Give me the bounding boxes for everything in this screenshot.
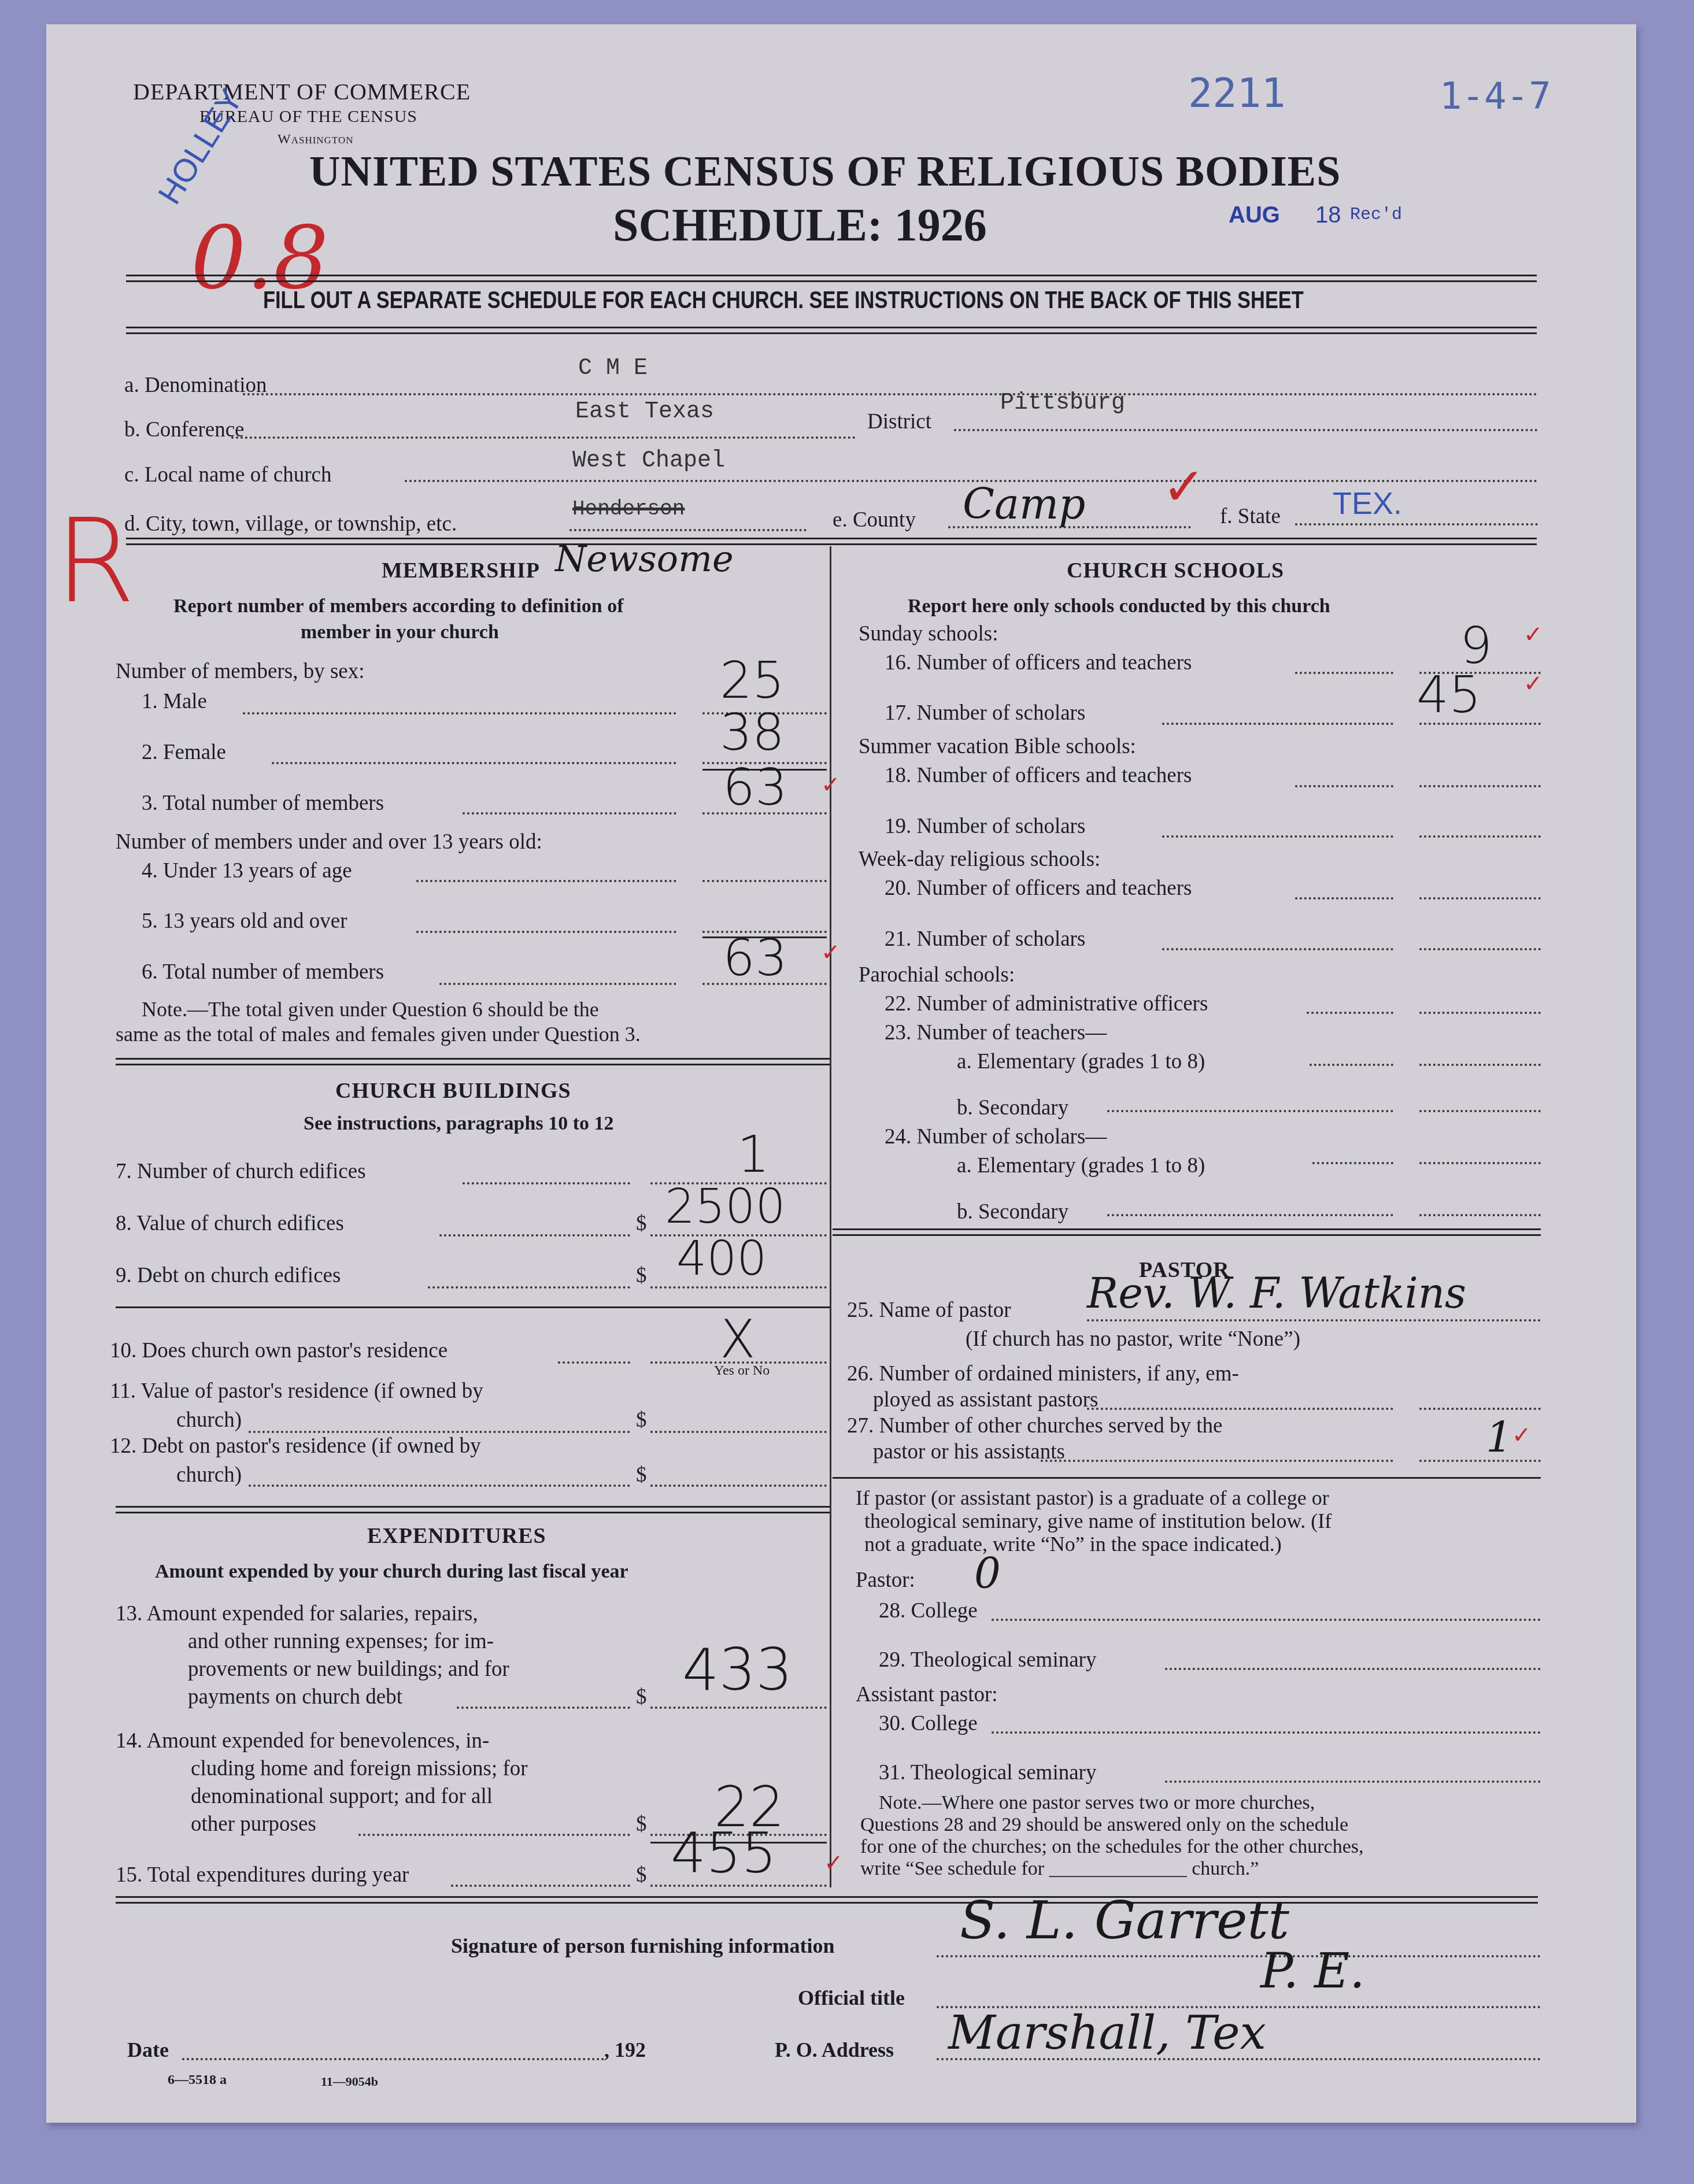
college-field[interactable] (992, 1619, 1541, 1621)
scholars-secondary-field[interactable] (1419, 1214, 1541, 1216)
po-address-field[interactable]: Marshall, Tex (948, 2006, 1266, 2060)
female-field[interactable]: 38 (720, 702, 785, 762)
running-expenses-label-3: provements or new buildings; and for (188, 1657, 509, 1682)
weekday-officers-field[interactable] (1419, 897, 1541, 899)
running-expenses-label: 13. Amount expended for salaries, repair… (116, 1601, 478, 1626)
under-13-leader (416, 880, 676, 882)
scholars-elementary-field[interactable] (1419, 1162, 1541, 1164)
under-13-label: 4. Under 13 years of age (142, 858, 352, 883)
file-number-stamp: 2211 (1188, 69, 1286, 117)
vacation-officers-leader (1295, 785, 1393, 787)
identification-divider (126, 538, 1537, 545)
sunday-scholars-field[interactable]: 45 (1416, 665, 1481, 724)
other-churches-label-2: pastor or his assistants (873, 1439, 1065, 1464)
weekday-scholars-leader (1162, 948, 1393, 950)
admin-officers-leader (1307, 1012, 1393, 1014)
dollar-sign: $ (636, 1263, 647, 1288)
total-expenditures-field[interactable]: 455 (671, 1821, 776, 1886)
schools-title: CHURCH SCHOOLS (1067, 558, 1284, 583)
edifices-debt-field[interactable]: 400 (676, 1231, 767, 1286)
dollar-sign: $ (636, 1685, 647, 1709)
instruction-divider (126, 327, 1537, 334)
scholars-elementary-leader (1312, 1162, 1393, 1164)
expenditures-title: EXPENDITURES (367, 1523, 546, 1549)
conference-label: b. Conference (124, 417, 245, 442)
vacation-officers-label: 18. Number of officers and teachers (885, 763, 1192, 788)
assistant-ministers-leader (1087, 1408, 1393, 1410)
membership-note-2: same as the total of males and females g… (116, 1022, 641, 1046)
form-title: UNITED STATES CENSUS OF RELIGIOUS BODIES (309, 147, 1341, 197)
edifices-value-leader (439, 1234, 630, 1237)
total-members-field[interactable]: 63 (723, 757, 787, 817)
city-label: d. City, town, village, or township, etc… (124, 512, 457, 536)
received-month-stamp: AUG (1229, 202, 1280, 228)
assistant-college-label: 30. College (879, 1711, 978, 1736)
teachers-secondary-label: b. Secondary (957, 1095, 1068, 1120)
pastor-mark: 0 (974, 1549, 1001, 1598)
total-members-leader (463, 812, 676, 815)
edifices-debt-leader (428, 1286, 630, 1289)
edifices-count-label: 7. Number of church edifices (116, 1159, 366, 1184)
total-members-2-label: 6. Total number of members (142, 960, 384, 984)
city-heading: Washington (278, 132, 354, 147)
male-leader (243, 712, 676, 715)
pastor-name-line (1087, 1319, 1541, 1321)
signature-field[interactable]: S. L. Garrett (960, 1890, 1289, 1951)
buildings-divider (116, 1506, 830, 1513)
graduate-note-2: theological seminary, give name of insti… (864, 1509, 1331, 1533)
parochial-schools-label: Parochial schools: (859, 963, 1015, 987)
code-stamp: 1-4-7 (1440, 75, 1551, 118)
edifices-count-leader (463, 1182, 630, 1184)
newsome-annotation: Newsome (555, 538, 734, 580)
local-name-label: c. Local name of church (124, 462, 332, 487)
sunday-officers-label: 16. Number of officers and teachers (885, 650, 1192, 675)
city-line (569, 529, 807, 531)
official-title-label: Official title (798, 1986, 905, 2010)
edifices-count-field[interactable]: 1 (737, 1124, 770, 1184)
county-label: e. County (833, 508, 916, 532)
pastor-rule (833, 1477, 1541, 1479)
state-line (1295, 523, 1538, 525)
sunday-scholars-label: 17. Number of scholars (885, 701, 1085, 725)
benevolences-label-2: cluding home and foreign missions; for (191, 1756, 528, 1781)
over-13-leader (416, 931, 676, 933)
benevolences-label-4: other purposes (191, 1812, 316, 1837)
assistant-ministers-field[interactable] (1419, 1408, 1541, 1410)
weekday-schools-label: Week-day religious schools: (859, 847, 1100, 872)
pastor-subheading: Pastor: (856, 1568, 915, 1593)
pastor-note-2: Questions 28 and 29 should be answered o… (860, 1814, 1348, 1836)
yes-no-hint: Yes or No (714, 1363, 770, 1379)
dollar-sign: $ (636, 1211, 647, 1236)
red-check-icon: ✓ (1162, 457, 1205, 517)
pastor-name-field[interactable]: Rev. W. F. Watkins (1087, 1269, 1466, 1317)
weekday-officers-leader (1295, 897, 1393, 899)
over-13-label: 5. 13 years old and over (142, 909, 347, 934)
benevolences-label-3: denominational support; and for all (191, 1784, 493, 1809)
denomination-field[interactable]: C M E (578, 356, 648, 382)
membership-note: Note.—The total given under Question 6 s… (142, 997, 599, 1021)
total-expenditures-label: 15. Total expenditures during year (116, 1863, 409, 1887)
assistant-seminary-label: 31. Theological seminary (879, 1760, 1096, 1785)
running-expenses-leader (457, 1707, 630, 1709)
male-label: 1. Male (142, 689, 207, 714)
female-label: 2. Female (142, 740, 226, 765)
vacation-schools-label: Summer vacation Bible schools: (859, 734, 1136, 759)
po-address-label: P. O. Address (775, 2038, 894, 2062)
residence-value-label: 11. Value of pastor's residence (if owne… (110, 1379, 483, 1404)
scholars-secondary-label: b. Secondary (957, 1200, 1068, 1224)
weekday-officers-label: 20. Number of officers and teachers (885, 876, 1192, 901)
membership-title: MEMBERSHIP (382, 558, 540, 583)
denomination-line (243, 393, 1538, 395)
city-field[interactable]: Henderson (572, 497, 685, 521)
dollar-sign: $ (636, 1863, 647, 1887)
schedule-year: SCHEDULE: 1926 (613, 199, 987, 252)
signature-label: Signature of person furnishing informati… (451, 1934, 834, 1958)
date-label: Date (127, 2038, 169, 2062)
vacation-scholars-field[interactable] (1419, 835, 1541, 838)
residence-debt-leader (249, 1485, 630, 1487)
teachers-secondary-field[interactable] (1419, 1110, 1541, 1112)
residence-debt-label: 12. Debt on pastor's residence (if owned… (110, 1434, 481, 1459)
schools-subtitle: Report here only schools conducted by th… (908, 595, 1330, 617)
expenditures-subtitle: Amount expended by your church during la… (155, 1561, 628, 1583)
benevolences-leader (358, 1834, 630, 1836)
running-expenses-label-2: and other running expenses; for im- (188, 1629, 494, 1654)
pastor-note-4: write “See schedule for ______________ c… (860, 1858, 1259, 1880)
dollar-sign: $ (636, 1812, 647, 1837)
red-r-annotation: R (55, 494, 135, 629)
total-members-label: 3. Total number of members (142, 791, 384, 816)
teachers-elementary-field[interactable] (1419, 1064, 1541, 1066)
assistant-pastor-subheading: Assistant pastor: (856, 1682, 998, 1707)
edifices-debt-line (650, 1286, 827, 1289)
other-churches-line (1419, 1460, 1541, 1462)
female-leader (272, 762, 676, 764)
sunday-scholars-leader (1162, 723, 1393, 725)
received-day-stamp: 18 (1315, 202, 1341, 228)
running-expenses-line (650, 1707, 827, 1709)
date-field[interactable] (182, 2058, 604, 2060)
seminary-field[interactable] (1165, 1668, 1541, 1670)
assistant-ministers-label: 26. Number of ordained ministers, if any… (847, 1361, 1239, 1386)
teachers-elementary-label: a. Elementary (grades 1 to 8) (957, 1049, 1205, 1074)
red-check-icon: ✓ (1523, 621, 1543, 648)
red-check-icon: ✓ (1512, 1422, 1532, 1449)
sunday-schools-label: Sunday schools: (859, 621, 998, 646)
conference-line (231, 436, 856, 439)
assistant-ministers-label-2: ployed as assistant pastors (873, 1387, 1098, 1412)
fill-instruction: FILL OUT A SEPARATE SCHEDULE FOR EACH CH… (263, 286, 1304, 314)
residence-debt-field[interactable] (650, 1485, 827, 1487)
graduate-note-3: not a graduate, write “No” in the space … (864, 1532, 1282, 1556)
column-divider (830, 546, 831, 1887)
district-field[interactable]: Pittsburg (1000, 390, 1125, 416)
total-members-2-leader (439, 983, 676, 985)
buildings-subtitle: See instructions, paragraphs 10 to 12 (304, 1113, 613, 1135)
residence-value-label-2: church) (176, 1408, 242, 1432)
buildings-title: CHURCH BUILDINGS (335, 1078, 571, 1104)
edifices-debt-label: 9. Debt on church edifices (116, 1263, 341, 1288)
other-churches-leader (1041, 1460, 1393, 1462)
district-line (954, 429, 1538, 431)
running-expenses-label-4: payments on church debt (188, 1685, 402, 1709)
residence-value-leader (249, 1431, 630, 1433)
date-year-prefix: , 192 (604, 2038, 646, 2062)
admin-officers-field[interactable] (1419, 1012, 1541, 1014)
pastor-name-hint: (If church has no pastor, write “None”) (966, 1327, 1300, 1352)
membership-subtitle-2: member in your church (301, 621, 499, 643)
under-13-field[interactable] (702, 880, 827, 882)
assistant-college-field[interactable] (992, 1731, 1541, 1734)
college-label: 28. College (879, 1598, 978, 1623)
age-label: Number of members under and over 13 year… (116, 830, 542, 854)
teachers-secondary-leader (1107, 1110, 1393, 1112)
form-number: 6—5518 a (168, 2072, 227, 2088)
seminary-label: 29. Theological seminary (879, 1648, 1096, 1672)
red-check-icon: ✓ (821, 772, 841, 798)
dollar-sign: $ (636, 1463, 647, 1487)
weekday-scholars-label: 21. Number of scholars (885, 927, 1085, 952)
vacation-scholars-leader (1162, 835, 1393, 838)
county-field[interactable]: Camp (963, 480, 1085, 528)
scholars-label: 24. Number of scholars— (885, 1124, 1107, 1149)
running-expenses-field[interactable]: 433 (682, 1636, 793, 1704)
admin-officers-label: 22. Number of administrative officers (885, 991, 1208, 1016)
total-expenditures-leader (451, 1885, 630, 1887)
edifices-value-label: 8. Value of church edifices (116, 1211, 344, 1236)
header-divider (126, 275, 1537, 282)
local-name-field[interactable]: West Chapel (572, 448, 725, 474)
official-title-field[interactable]: P. E. (1260, 1942, 1365, 1999)
other-churches-label: 27. Number of other churches served by t… (847, 1413, 1222, 1438)
benevolences-label: 14. Amount expended for benevolences, in… (116, 1728, 489, 1753)
pastor-note-3: for one of the churches; on the schedule… (860, 1836, 1363, 1858)
expenditures-divider (116, 1896, 1538, 1904)
scholars-secondary-leader (1107, 1214, 1393, 1216)
print-number: 11—9054b (321, 2074, 378, 2089)
sunday-officers-leader (1295, 672, 1393, 674)
pastor-name-label: 25. Name of pastor (847, 1298, 1011, 1323)
pastor-note: Note.—Where one pastor serves two or mor… (879, 1792, 1315, 1814)
teachers-elementary-leader (1310, 1064, 1393, 1066)
owns-residence-field[interactable]: X (720, 1309, 756, 1370)
teachers-label: 23. Number of teachers— (885, 1020, 1107, 1045)
edifices-value-field[interactable]: 2500 (665, 1179, 786, 1234)
assistant-seminary-field[interactable] (1165, 1780, 1541, 1783)
owns-residence-leader (558, 1361, 630, 1364)
red-check-icon: ✓ (1523, 671, 1543, 697)
membership-divider (116, 1058, 830, 1065)
state-label: f. State (1220, 504, 1281, 529)
received-label-stamp: Rec'd (1350, 205, 1402, 225)
schools-divider (833, 1228, 1541, 1236)
conference-field[interactable]: East Texas (575, 399, 714, 425)
owns-residence-label: 10. Does church own pastor's residence (110, 1338, 447, 1363)
graduate-note: If pastor (or assistant pastor) is a gra… (856, 1486, 1329, 1510)
red-check-icon: ✓ (824, 1850, 844, 1876)
vacation-officers-field[interactable] (1419, 785, 1541, 787)
membership-subtitle: Report number of members according to de… (173, 595, 623, 617)
scholars-elementary-label: a. Elementary (grades 1 to 8) (957, 1153, 1205, 1178)
male-field[interactable]: 25 (720, 650, 785, 710)
district-label: District (867, 409, 931, 434)
buildings-rule (116, 1306, 830, 1308)
red-check-icon: ✓ (821, 939, 841, 966)
other-churches-field[interactable]: 1 (1486, 1413, 1512, 1462)
total-members-2-field[interactable]: 63 (723, 928, 787, 987)
department-heading: DEPARTMENT OF COMMERCE (133, 78, 471, 105)
signature-line (937, 1955, 1541, 1957)
residence-debt-label-2: church) (176, 1463, 242, 1487)
dollar-sign: $ (636, 1408, 647, 1432)
state-field[interactable]: TEX. (1333, 486, 1402, 521)
residence-value-field[interactable] (650, 1431, 827, 1433)
weekday-scholars-field[interactable] (1419, 948, 1541, 950)
vacation-scholars-label: 19. Number of scholars (885, 814, 1085, 839)
by-sex-label: Number of members, by sex: (116, 659, 365, 684)
